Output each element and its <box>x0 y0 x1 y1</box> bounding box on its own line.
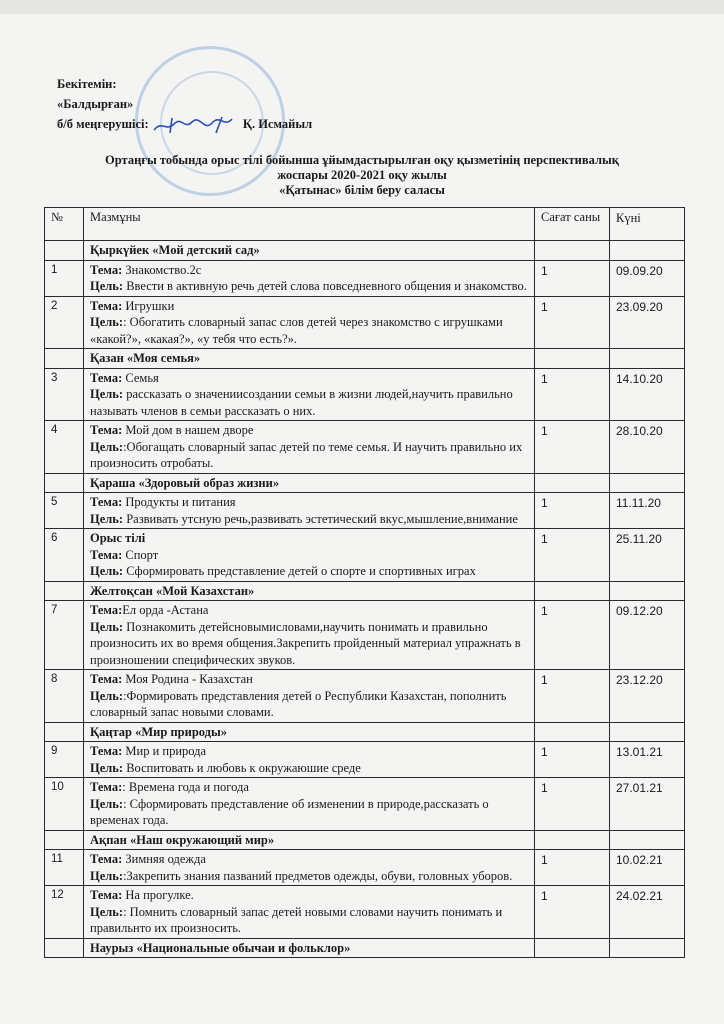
row-hours: 1 <box>535 368 610 421</box>
row-hours: 1 <box>535 260 610 296</box>
row-content: Тема: Мир и природаЦель: Воспитовать и л… <box>84 742 535 778</box>
topic-label: Тема: <box>90 423 122 437</box>
goal-text: :Обогащать словарный запас детей по теме… <box>90 440 522 471</box>
row-number: 5 <box>45 493 84 529</box>
row-date: 09.12.20 <box>610 601 685 670</box>
month-date-cell <box>610 722 685 742</box>
month-row: Қаңтар «Мир природы» <box>45 722 685 742</box>
month-hours-cell <box>535 581 610 601</box>
month-date-cell <box>610 938 685 958</box>
plan-table: № Мазмұны Сағат саны Күні Қыркүйек «Мой … <box>44 207 685 958</box>
row-content: Тема:Ел орда -АстанаЦель: Познакомить де… <box>84 601 535 670</box>
month-title: Қараша «Здоровый образ жизни» <box>84 473 535 493</box>
row-hours: 1 <box>535 742 610 778</box>
approval-block: Бекітемін: «Балдырған» б/б меңгерушісі: … <box>57 74 312 134</box>
month-row: Наурыз «Национальные обычаи и фольклор» <box>45 938 685 958</box>
goal-label: Цель: <box>90 689 123 703</box>
topic-text: Моя Родина - Казахстан <box>122 672 253 686</box>
topic-label: Тема: <box>90 495 122 509</box>
row-hours: 1 <box>535 529 610 582</box>
topic-text: Продукты и питания <box>122 495 235 509</box>
month-title: Наурыз «Национальные обычаи и фольклор» <box>84 938 535 958</box>
topic-text: Игрушки <box>122 299 174 313</box>
table-row: 4Тема: Мой дом в нашем двореЦель::Обогащ… <box>45 421 685 474</box>
month-hours-cell <box>535 349 610 369</box>
month-date-cell <box>610 473 685 493</box>
row-content: Тема: ИгрушкиЦель:: Обогатить словарный … <box>84 296 535 349</box>
table-row: 11Тема: Зимняя одеждаЦель::Закрепить зна… <box>45 850 685 886</box>
row-hours: 1 <box>535 421 610 474</box>
goal-text: Воспитовать и любовь к окружаюшие среде <box>123 761 361 775</box>
month-num-cell <box>45 830 84 850</box>
topic-text: Мир и природа <box>122 744 206 758</box>
goal-text: Сформировать представление детей о спорт… <box>123 564 476 578</box>
row-content: Тема: Продукты и питанияЦель: Развивать … <box>84 493 535 529</box>
row-number: 8 <box>45 670 84 723</box>
row-date: 27.01.21 <box>610 778 685 831</box>
month-title: Қыркүйек «Мой детский сад» <box>84 241 535 261</box>
topic-text: Ел орда -Астана <box>122 603 208 617</box>
row-content: Тема: На прогулке.Цель:: Помнить словарн… <box>84 886 535 939</box>
topic-text: На прогулке. <box>122 888 194 902</box>
row-hours: 1 <box>535 670 610 723</box>
row-number: 11 <box>45 850 84 886</box>
row-number: 10 <box>45 778 84 831</box>
head-name: Қ. Исмайыл <box>243 117 312 131</box>
goal-label: Цель: <box>90 797 123 811</box>
row-number: 2 <box>45 296 84 349</box>
header-hours: Сағат саны <box>535 208 610 241</box>
goal-text: : Помнить словарный запас детей новыми с… <box>90 905 502 936</box>
table-row: 9Тема: Мир и природаЦель: Воспитовать и … <box>45 742 685 778</box>
kindergarten-name: «Балдырған» <box>57 94 312 114</box>
month-row: Қазан «Моя семья» <box>45 349 685 369</box>
goal-text: Развивать утсную речь,развивать эстетиче… <box>123 512 518 526</box>
month-title: Ақпан «Наш окружающий мир» <box>84 830 535 850</box>
row-content: Тема:: Времена года и погодаЦель:: Сформ… <box>84 778 535 831</box>
goal-label: Цель: <box>90 761 123 775</box>
row-content: Тема: Мой дом в нашем двореЦель::Обогаща… <box>84 421 535 474</box>
row-hours: 1 <box>535 886 610 939</box>
topic-label: Тема: <box>90 888 122 902</box>
table-row: 8Тема: Моя Родина - КазахстанЦель::Форми… <box>45 670 685 723</box>
month-date-cell <box>610 581 685 601</box>
document-subtitle: жоспары 2020-2021 оқу жылы <box>0 167 724 183</box>
row-number: 1 <box>45 260 84 296</box>
month-date-cell <box>610 349 685 369</box>
month-date-cell <box>610 241 685 261</box>
month-row: Желтоқсан «Мой Казахстан» <box>45 581 685 601</box>
table-row: 6Орыс тіліТема: СпортЦель: Сформировать … <box>45 529 685 582</box>
goal-label: Цель: <box>90 279 123 293</box>
row-content: Тема: СемьяЦель: рассказать о значениисо… <box>84 368 535 421</box>
topic-label: Тема: <box>90 263 122 277</box>
goal-label: Цель: <box>90 869 123 883</box>
month-num-cell <box>45 241 84 261</box>
month-title: Қаңтар «Мир природы» <box>84 722 535 742</box>
topic-label: Тема: <box>90 744 122 758</box>
topic-text: Семья <box>122 371 159 385</box>
month-num-cell <box>45 473 84 493</box>
month-hours-cell <box>535 473 610 493</box>
goal-label: Цель: <box>90 315 123 329</box>
row-content: Орыс тіліТема: СпортЦель: Сформировать п… <box>84 529 535 582</box>
row-hours: 1 <box>535 601 610 670</box>
table-row: 10Тема:: Времена года и погодаЦель:: Сфо… <box>45 778 685 831</box>
row-content: Тема: Зимняя одеждаЦель::Закрепить знани… <box>84 850 535 886</box>
row-date: 28.10.20 <box>610 421 685 474</box>
goal-text: :Закрепить знания пазваний предметов оде… <box>123 869 512 883</box>
row-number: 4 <box>45 421 84 474</box>
goal-text: рассказать о значениисоздании семьи в жи… <box>90 387 513 418</box>
row-date: 23.12.20 <box>610 670 685 723</box>
row-hours: 1 <box>535 850 610 886</box>
row-hours: 1 <box>535 493 610 529</box>
row-number: 6 <box>45 529 84 582</box>
table-row: 3Тема: СемьяЦель: рассказать о значениис… <box>45 368 685 421</box>
subject-label: Орыс тілі <box>90 530 528 547</box>
month-hours-cell <box>535 722 610 742</box>
row-number: 12 <box>45 886 84 939</box>
month-date-cell <box>610 830 685 850</box>
month-hours-cell <box>535 938 610 958</box>
goal-text: : Обогатить словарный запас слов детей ч… <box>90 315 503 346</box>
row-number: 7 <box>45 601 84 670</box>
topic-label: Тема: <box>90 852 122 866</box>
row-date: 14.10.20 <box>610 368 685 421</box>
approval-line: Бекітемін: <box>57 74 312 94</box>
topic-text: Зимняя одежда <box>122 852 206 866</box>
month-row: Ақпан «Наш окружающий мир» <box>45 830 685 850</box>
topic-label: Тема: <box>90 548 122 562</box>
topic-text: Знакомство.2с <box>122 263 201 277</box>
row-date: 25.11.20 <box>610 529 685 582</box>
month-row: Қараша «Здоровый образ жизни» <box>45 473 685 493</box>
head-label: б/б меңгерушісі: <box>57 117 149 131</box>
table-row: 1Тема: Знакомство.2сЦель: Ввести в актив… <box>45 260 685 296</box>
month-hours-cell <box>535 241 610 261</box>
month-num-cell <box>45 938 84 958</box>
table-row: 12Тема: На прогулке.Цель:: Помнить слова… <box>45 886 685 939</box>
header-date: Күні <box>610 208 685 241</box>
goal-label: Цель: <box>90 564 123 578</box>
month-title: Желтоқсан «Мой Казахстан» <box>84 581 535 601</box>
month-num-cell <box>45 581 84 601</box>
topic-text: Мой дом в нашем дворе <box>122 423 253 437</box>
goal-text: : Сформировать представление об изменени… <box>90 797 489 828</box>
education-area: «Қатынас» білім беру саласы <box>0 182 724 198</box>
goal-text: :Формировать представления детей о Респу… <box>90 689 506 720</box>
row-content: Тема: Знакомство.2сЦель: Ввести в активн… <box>84 260 535 296</box>
month-row: Қыркүйек «Мой детский сад» <box>45 241 685 261</box>
row-date: 10.02.21 <box>610 850 685 886</box>
topic-label: Тема: <box>90 672 122 686</box>
table-row: 2Тема: ИгрушкиЦель:: Обогатить словарный… <box>45 296 685 349</box>
month-num-cell <box>45 349 84 369</box>
header-content: Мазмұны <box>84 208 535 241</box>
goal-text: Ввести в активную речь детей слова повсе… <box>123 279 527 293</box>
row-content: Тема: Моя Родина - КазахстанЦель::Формир… <box>84 670 535 723</box>
goal-label: Цель: <box>90 440 123 454</box>
row-date: 23.09.20 <box>610 296 685 349</box>
goal-label: Цель: <box>90 905 123 919</box>
table-row: 5Тема: Продукты и питанияЦель: Развивать… <box>45 493 685 529</box>
table-row: 7Тема:Ел орда -АстанаЦель: Познакомить д… <box>45 601 685 670</box>
topic-label: Тема: <box>90 603 122 617</box>
row-date: 24.02.21 <box>610 886 685 939</box>
month-title: Қазан «Моя семья» <box>84 349 535 369</box>
row-date: 13.01.21 <box>610 742 685 778</box>
scan-top-edge <box>0 0 724 14</box>
topic-label: Тема: <box>90 371 122 385</box>
goal-label: Цель: <box>90 387 123 401</box>
row-number: 3 <box>45 368 84 421</box>
row-number: 9 <box>45 742 84 778</box>
topic-label: Тема: <box>90 299 122 313</box>
row-hours: 1 <box>535 778 610 831</box>
goal-text: Познакомить детейсновымисловами,научить … <box>90 620 521 667</box>
goal-label: Цель: <box>90 512 123 526</box>
topic-text: Спорт <box>122 548 158 562</box>
document-title: Ортаңғы тобында орыс тілі бойынша ұйымда… <box>0 152 724 168</box>
row-hours: 1 <box>535 296 610 349</box>
goal-label: Цель: <box>90 620 123 634</box>
month-num-cell <box>45 722 84 742</box>
signature-icon <box>152 116 240 134</box>
topic-label: Тема: <box>90 780 122 794</box>
table-header-row: № Мазмұны Сағат саны Күні <box>45 208 685 241</box>
month-hours-cell <box>535 830 610 850</box>
row-date: 09.09.20 <box>610 260 685 296</box>
topic-text: : Времена года и погода <box>122 780 249 794</box>
header-num: № <box>45 208 84 241</box>
row-date: 11.11.20 <box>610 493 685 529</box>
